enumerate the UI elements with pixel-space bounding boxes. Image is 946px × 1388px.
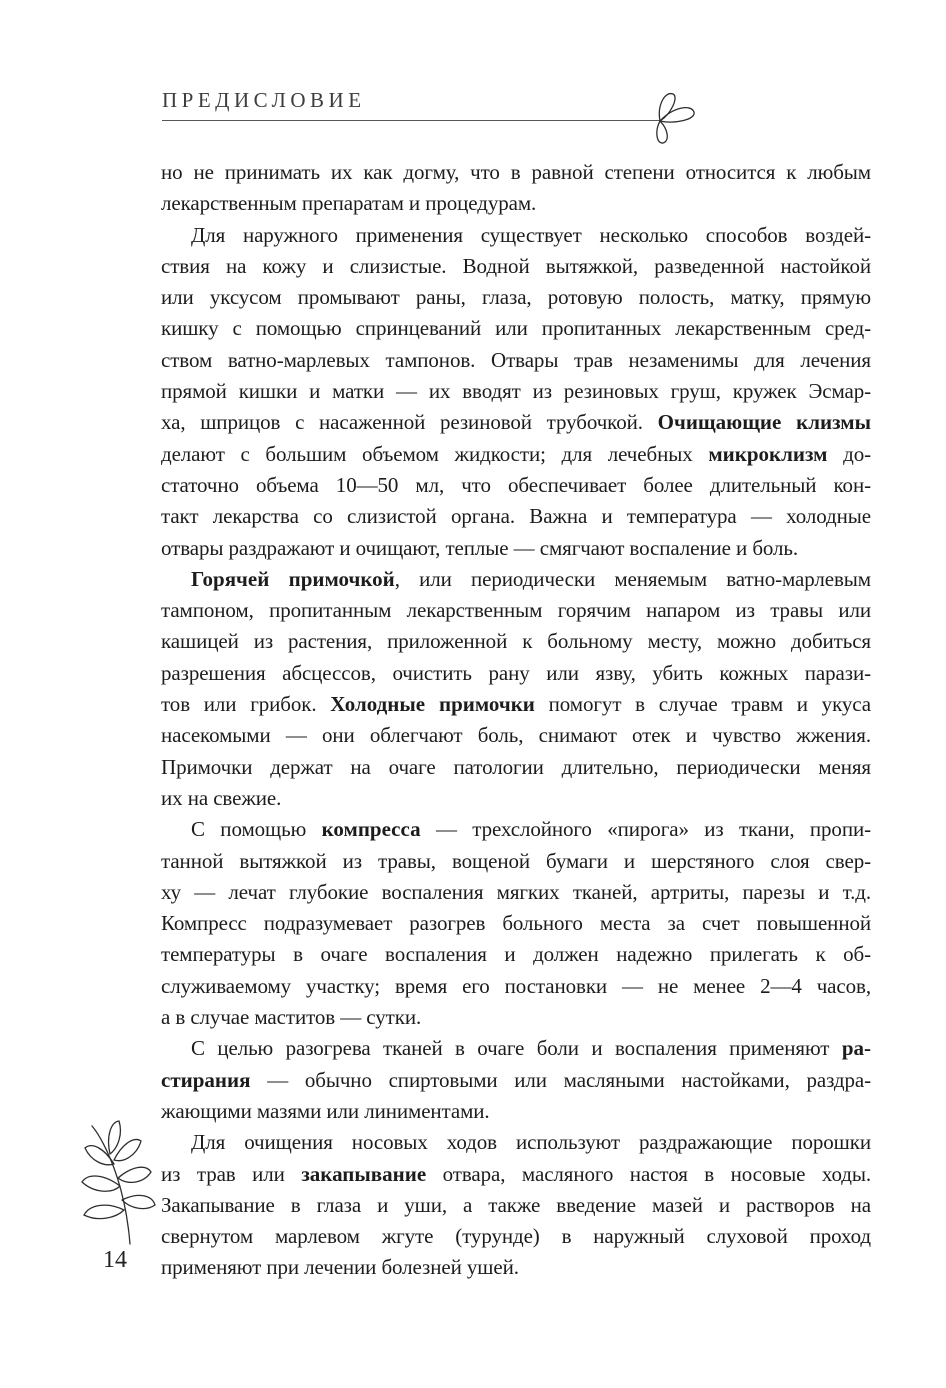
text-line: Примочки держат на очаге патологии длите… [161,752,871,783]
text-line: статочно объема 10—50 мл, что обеспечива… [161,470,871,501]
book-page: ПРЕДИСЛОВИЕ но не принимать их как догму… [0,0,946,1388]
text-line: делают с большим объемом жидкости; для л… [161,439,871,470]
paragraph: Для очищения носовых ходов используют ра… [161,1127,871,1283]
paragraph: Горячей примочкой, или периодически меня… [161,564,871,814]
text-line: тампоном, пропитанным лекарственным горя… [161,595,871,626]
text-line: прямой кишки и матки — их вводят из рези… [161,376,871,407]
text-line: лекарственным препаратам и процедурам. [161,188,871,219]
text-line: ху — лечат глубокие воспаления мягких тк… [161,877,871,908]
flower-sprig-icon [644,87,706,152]
text-line: применяют при лечении болезней ушей. [161,1252,871,1283]
text-line: а в случае маститов — сутки. [161,1002,871,1033]
header-rule [162,120,661,121]
text-line: но не принимать их как догму, что в равн… [161,157,871,188]
text-line: температуры в очаге воспаления и должен … [161,939,871,970]
text-line: С помощью компресса — трехслойного «пиро… [161,814,871,845]
text-line: ха, шприцов с насаженной резиновой трубо… [161,407,871,438]
text-line: ствия на кожу и слизистые. Водной вытяжк… [161,251,871,282]
page-title: ПРЕДИСЛОВИЕ [162,88,366,113]
text-line: С целью разогрева тканей в очаге боли и … [161,1033,871,1064]
paragraph: С помощью компресса — трехслойного «пиро… [161,814,871,1033]
text-line: отвары раздражают и очищают, теплые — см… [161,533,871,564]
text-line: кишку с помощью спринцеваний или пропита… [161,313,871,344]
text-line: разрешения абсцессов, очистить рану или … [161,658,871,689]
text-line: Компресс подразумевает разогрев больного… [161,908,871,939]
text-line: такт лекарства со слизистой органа. Важн… [161,501,871,532]
paragraph: но не принимать их как догму, что в равн… [161,157,871,220]
text-line: из трав или закапывание отвара, масляног… [161,1159,871,1190]
body-text: но не принимать их как догму, что в равн… [161,157,871,1284]
text-line: Горячей примочкой, или периодически меня… [161,564,871,595]
text-line: насекомыми — они облегчают боль, снимают… [161,720,871,751]
text-line: ством ватно-марлевых тампонов. Отвары тр… [161,345,871,376]
text-line: стирания — обычно спиртовыми или масляны… [161,1065,871,1096]
text-line: тов или грибок. Холодные примочки помогу… [161,689,871,720]
text-line: жающими мазями или линиментами. [161,1096,871,1127]
text-line: свернутом марлевом жгуте (турунде) в нар… [161,1221,871,1252]
text-line: танной вытяжкой из травы, вощеной бумаги… [161,846,871,877]
leaf-branch-icon [74,1118,166,1251]
text-line: кашицей из растения, приложенной к больн… [161,626,871,657]
paragraph: С целью разогрева тканей в очаге боли и … [161,1033,871,1127]
text-line: Для наружного применения существует неск… [161,220,871,251]
text-line: служиваемому участку; время его постанов… [161,971,871,1002]
paragraph: Для наружного применения существует неск… [161,220,871,564]
text-line: или уксусом промывают раны, глаза, ротов… [161,282,871,313]
text-line: Закапывание в глаза и уши, а также введе… [161,1190,871,1221]
page-number: 14 [103,1245,127,1276]
text-line: их на свежие. [161,783,871,814]
text-line: Для очищения носовых ходов используют ра… [161,1127,871,1158]
